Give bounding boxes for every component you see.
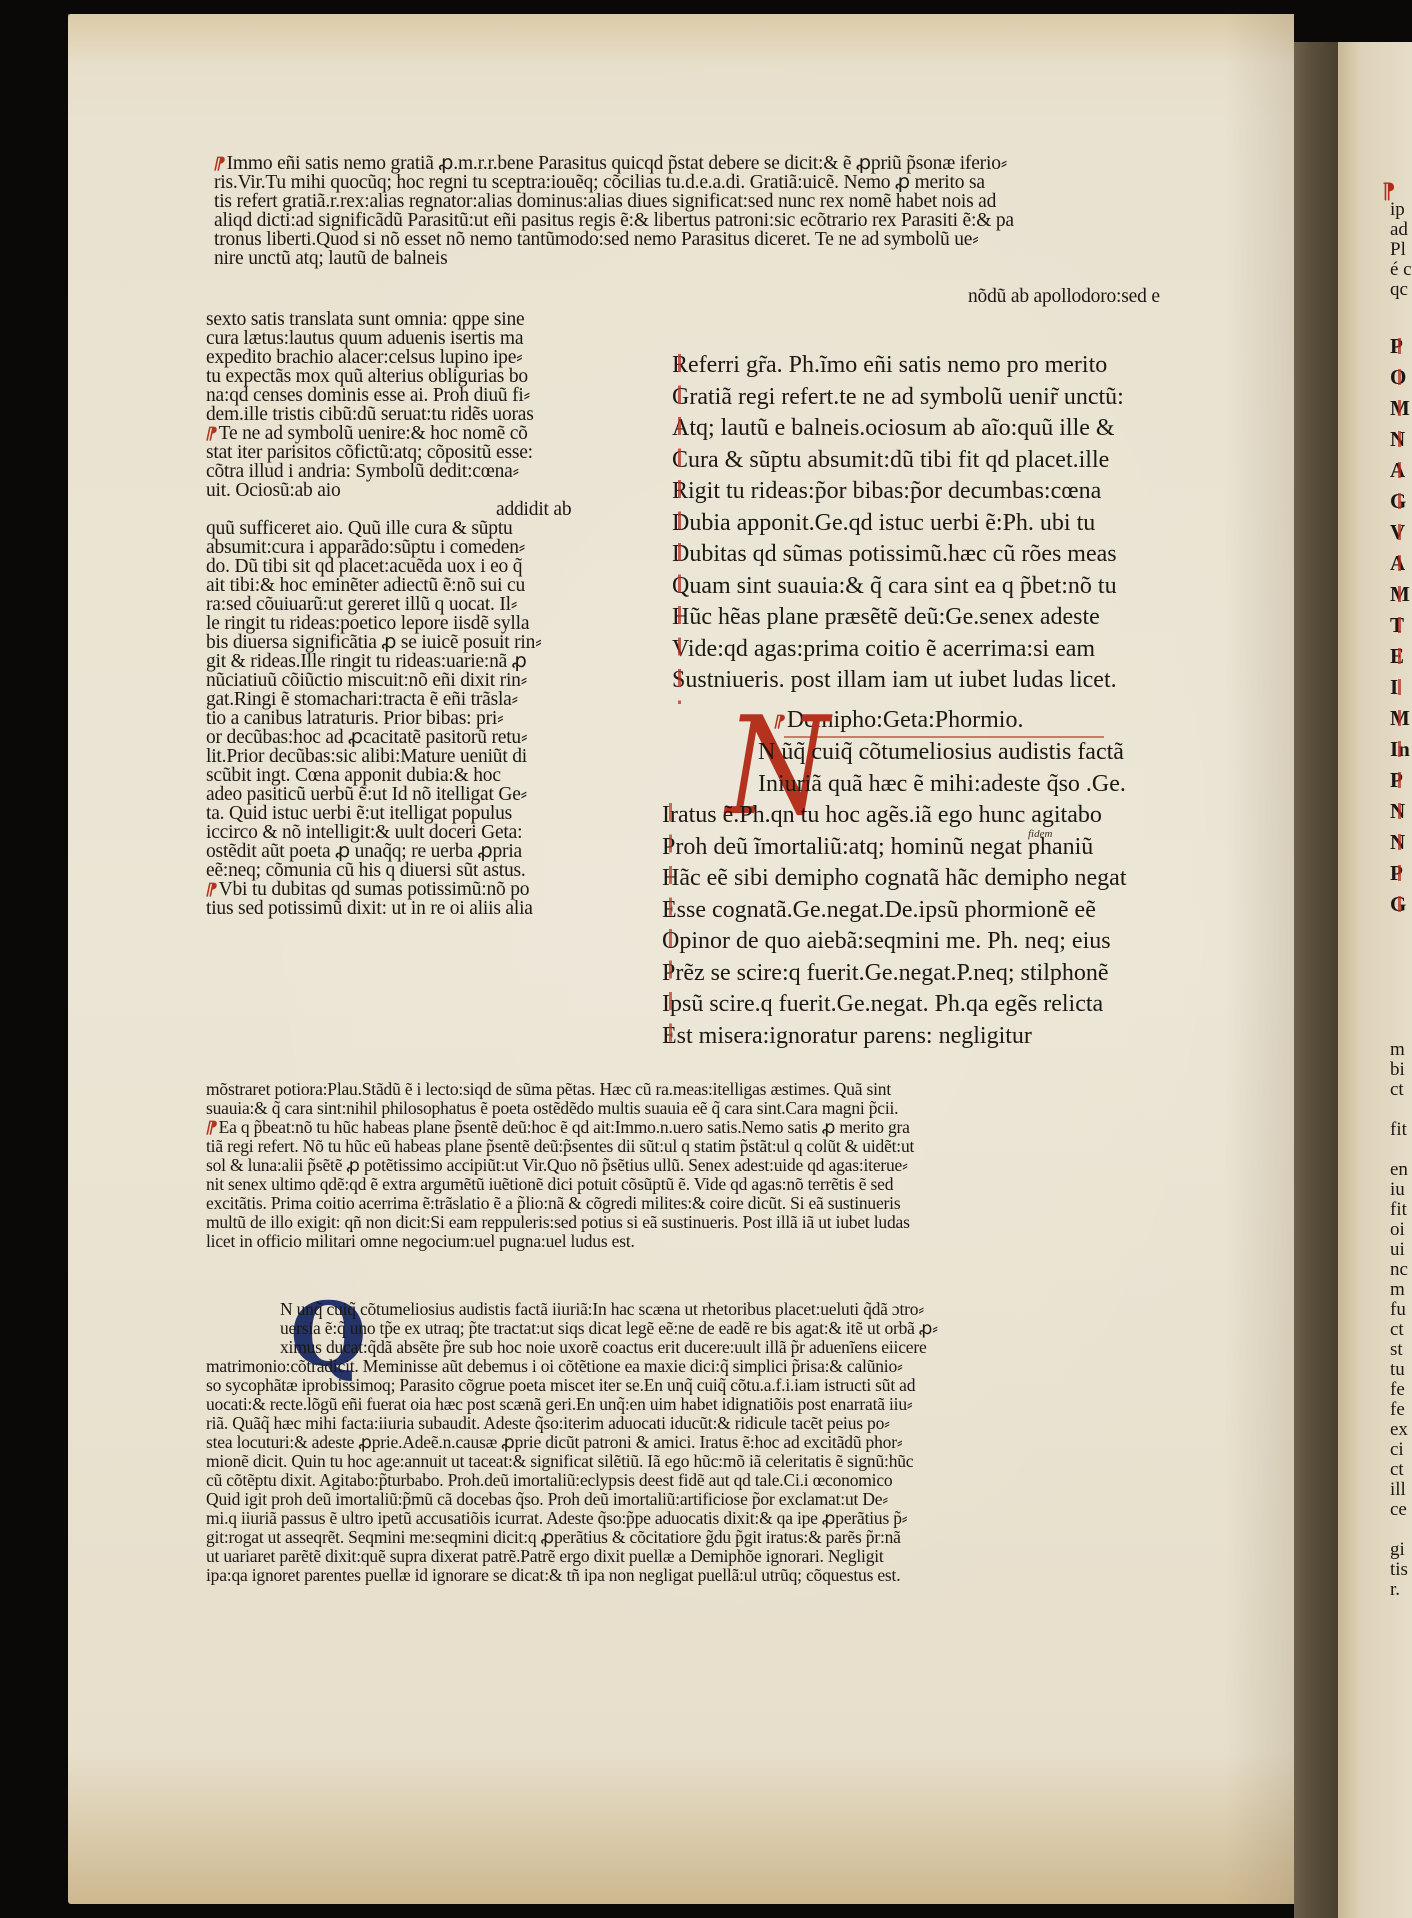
verse-line: Rigit tu rideas:p̃or bibas:p̃or decumbas… <box>672 476 1124 508</box>
commentary-line: ris.Vir.Tu mihi quocũq; hoc regni tu sce… <box>214 173 1014 192</box>
verse-line: Vide:qd agas:prima coitio ẽ acerrima:si … <box>672 634 1124 666</box>
verse-line: Quam sint suauia:& q̃ cara sint ea q p̃b… <box>672 571 1124 603</box>
verse-line: Referri gr̃a. Ph.ĩmo eñi satis nemo pro … <box>672 350 1124 382</box>
verse-line: Opinor de quo aiebã:seqmini me. Ph. neq;… <box>662 926 1127 958</box>
verse-line: Iratus ẽ.Ph.qn tu hoc agẽs.iã ego hunc a… <box>662 800 1127 832</box>
verse-line: Cura & sũptu absumit:dũ tibi fit qd plac… <box>672 445 1124 477</box>
commentary-top-tail: nõdũ ab apollodoro:sed e <box>968 287 1160 306</box>
commentary-line: tronus liberti.Quod si nõ esset nõ nemo … <box>214 230 1014 249</box>
facing-rubrication <box>1398 338 1401 918</box>
commentary-line: tis refert gratiã.r.rex:alias regnator:a… <box>214 192 1014 211</box>
verse-line: Atq; lautũ e balneis.ociosum ab aĩo:quũ … <box>672 413 1124 445</box>
commentary-left-column: sexto satis translata sunt omnia: qppe s… <box>206 310 571 918</box>
verse-line: Ipsũ scire.q fuerit.Ge.negat. Ph.qa egẽs… <box>662 989 1127 1021</box>
commentary-line: nire unctũ atq; lautũ de balneis <box>214 249 1014 268</box>
verse-line: Proh deũ ĩmortaliũ:atq; hominũ negat pha… <box>662 832 1127 864</box>
verse-line: Iniuriã quã hæc ẽ mihi:adeste q̃so .Ge. <box>758 771 1126 797</box>
verse-line: Prẽz se scire:q fuerit.Ge.negat.P.neq; s… <box>662 958 1127 990</box>
verse-block-2: N ũq̃ cuiq̃ cõtumeliosius audistis factã… <box>662 737 1127 1052</box>
commentary-full-1: mõstraret potiora:Plau.Stãdũ ẽ i lecto:s… <box>206 1080 914 1251</box>
manuscript-page: ⁋Immo eñi satis nemo gratiã ꝓ.m.r.r.bene… <box>68 14 1294 1904</box>
verse-line: Est misera:ignoratur parens: negligitur <box>662 1021 1127 1053</box>
verse-block-1: Referri gr̃a. Ph.ĩmo eñi satis nemo pro … <box>672 350 1124 697</box>
rubrication-strokes-2 <box>669 803 672 1053</box>
commentary-line: ⁋Immo eñi satis nemo gratiã ꝓ.m.r.r.bene… <box>214 154 1014 173</box>
binding-gutter <box>1294 42 1338 1918</box>
verse-line: Dubia apponit.Ge.qd istuc uerbi ẽ:Ph. ub… <box>672 508 1124 540</box>
commentary-top: ⁋Immo eñi satis nemo gratiã ꝓ.m.r.r.bene… <box>214 154 1014 268</box>
verse-line: N ũq̃ cuiq̃ cõtumeliosius audistis factã <box>758 739 1124 765</box>
verse-line: Hãc eẽ sibi demipho cognatã hãc demipho … <box>662 863 1127 895</box>
interlinear-gloss: fidem <box>1028 828 1052 840</box>
commentary-full-2: N unq̃ cuiq̃ cõtumeliosius audistis fact… <box>206 1300 938 1585</box>
verse-line: Gratiã regi refert.te ne ad symbolũ ueni… <box>672 382 1124 414</box>
verse-line: Hũc hẽas plane præsẽtẽ deũ:Ge.senex ades… <box>672 602 1124 634</box>
verse-line: Dubitas qd sũmas potissimũ.hæc cũ rões m… <box>672 539 1124 571</box>
verse-line: Esse cognatã.Ge.negat.De.ipsũ phormionẽ … <box>662 895 1127 927</box>
commentary-line: aliqd dicti:ad significãdũ Parasitũ:ut e… <box>214 211 1014 230</box>
facing-page-edge: ⁋ ip ad Pl é c qc P O M N A G V A M T E … <box>1338 42 1412 1918</box>
